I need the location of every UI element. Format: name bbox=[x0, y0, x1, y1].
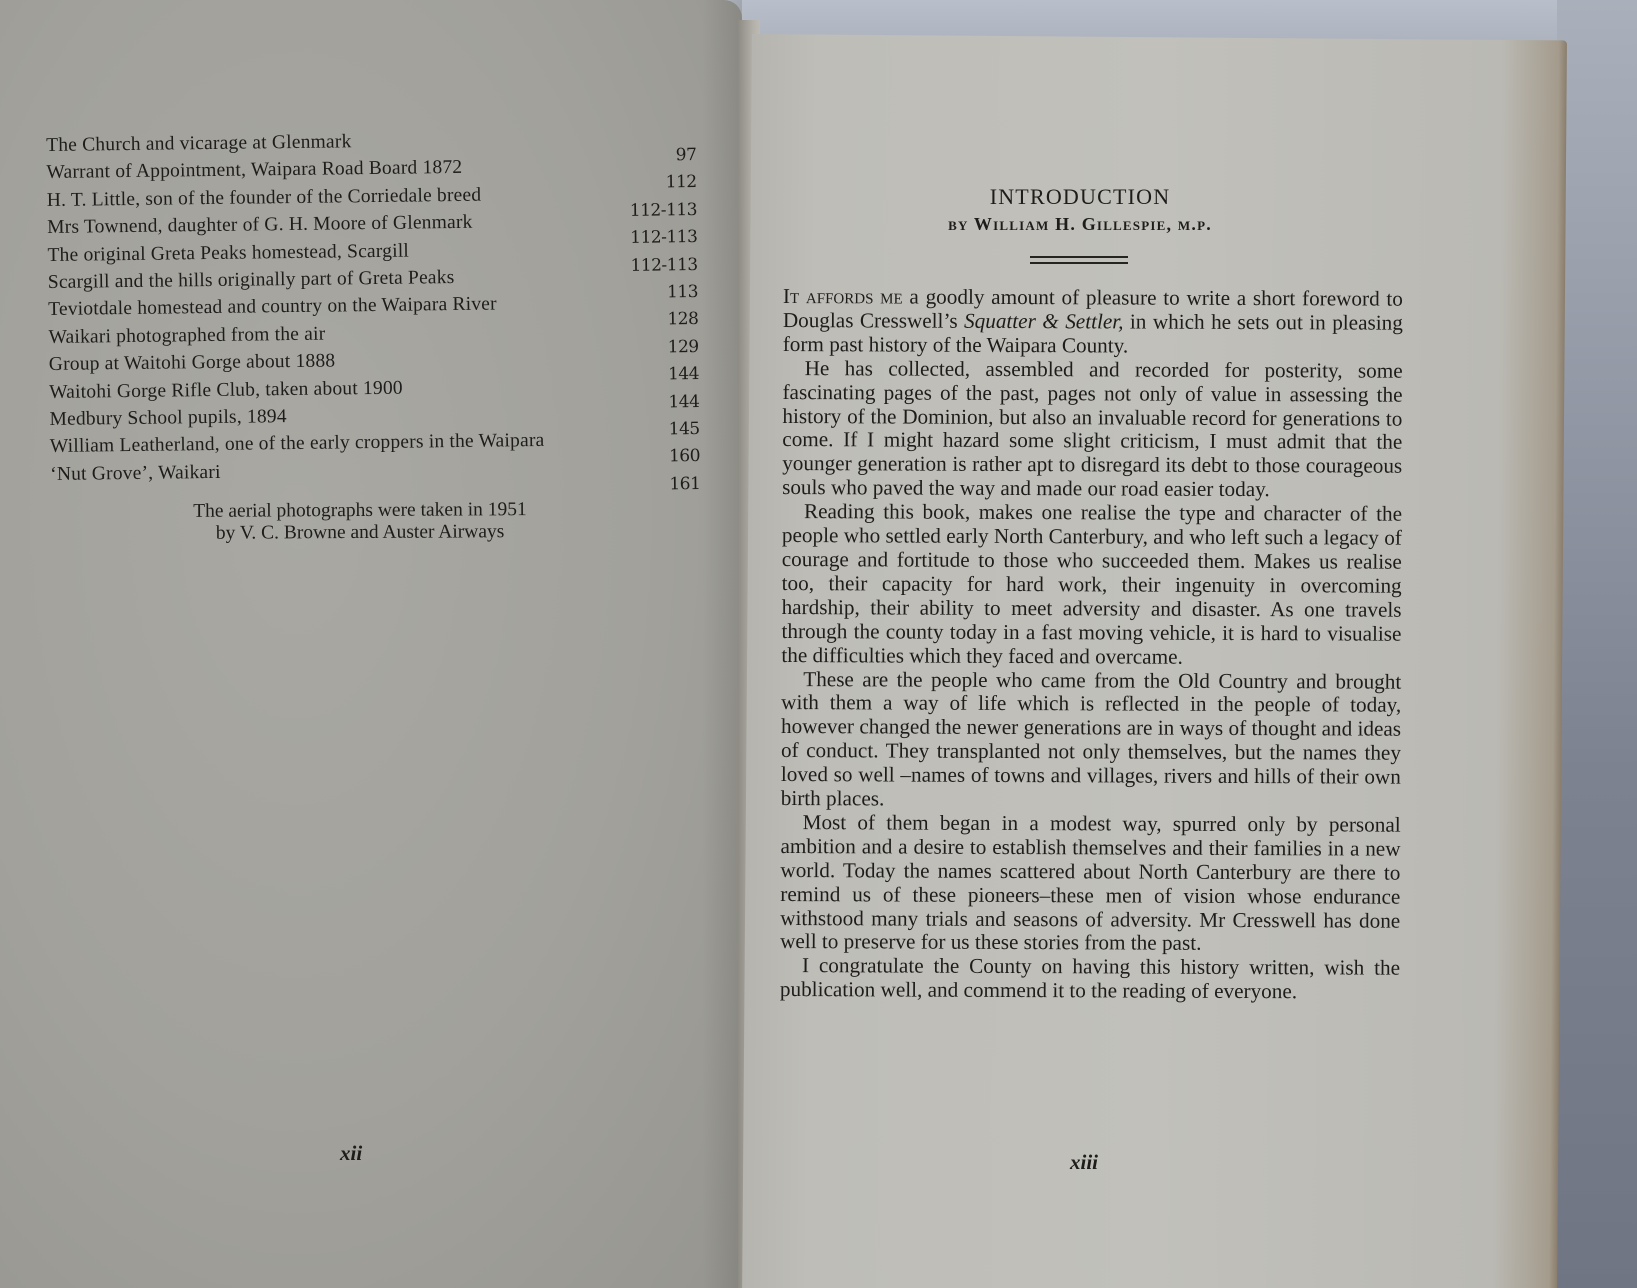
illustration-title: Medbury School pupils, 1894 bbox=[49, 403, 287, 433]
aerial-photographs-note: The aerial photographs were taken in 195… bbox=[150, 499, 570, 545]
aerial-note-line-2: by V. C. Browne and Auster Airways bbox=[150, 521, 570, 545]
background-right bbox=[1557, 0, 1637, 1288]
illustrations-list: The Church and vicarage at Glenmark97 Wa… bbox=[46, 124, 700, 488]
paragraph-2: He has collected, assembled and recorded… bbox=[782, 357, 1403, 503]
illustration-page-number: 161 bbox=[669, 471, 700, 498]
paragraph-5: Most of them began in a modest way, spur… bbox=[780, 811, 1401, 957]
illustration-title: Group at Waitohi Gorge about 1888 bbox=[49, 348, 336, 378]
author-byline: by William H. Gillespie, m.p. bbox=[900, 214, 1260, 235]
paragraph-1: It affords me a goodly amount of pleasur… bbox=[783, 285, 1403, 359]
illustration-title: Waitohi Gorge Rifle Club, taken about 19… bbox=[49, 374, 403, 405]
illustration-title: ‘Nut Grove’, Waikari bbox=[50, 459, 221, 488]
illustration-title: The Church and vicarage at Glenmark bbox=[46, 128, 352, 159]
paragraph-6: I congratulate the County on having this… bbox=[780, 954, 1400, 1005]
introduction-body: It affords me a goodly amount of pleasur… bbox=[780, 285, 1403, 1005]
left-page-number: xii bbox=[340, 1141, 362, 1166]
decorative-double-rule bbox=[1030, 256, 1128, 264]
right-page-number: xiii bbox=[1070, 1150, 1098, 1175]
book-title: Squatter & Settler, bbox=[964, 309, 1124, 334]
illustration-title: The original Greta Peaks homestead, Scar… bbox=[47, 237, 409, 268]
paragraph-3: Reading this book, makes one realise the… bbox=[781, 500, 1402, 670]
page-title: INTRODUCTION bbox=[980, 184, 1180, 210]
illustration-title: Waikari photographed from the air bbox=[48, 320, 325, 350]
lead-in-small-caps: It affords me bbox=[783, 284, 903, 309]
aerial-note-line-1: The aerial photographs were taken in 195… bbox=[150, 499, 570, 523]
paragraph-4: These are the people who came from the O… bbox=[781, 667, 1402, 813]
